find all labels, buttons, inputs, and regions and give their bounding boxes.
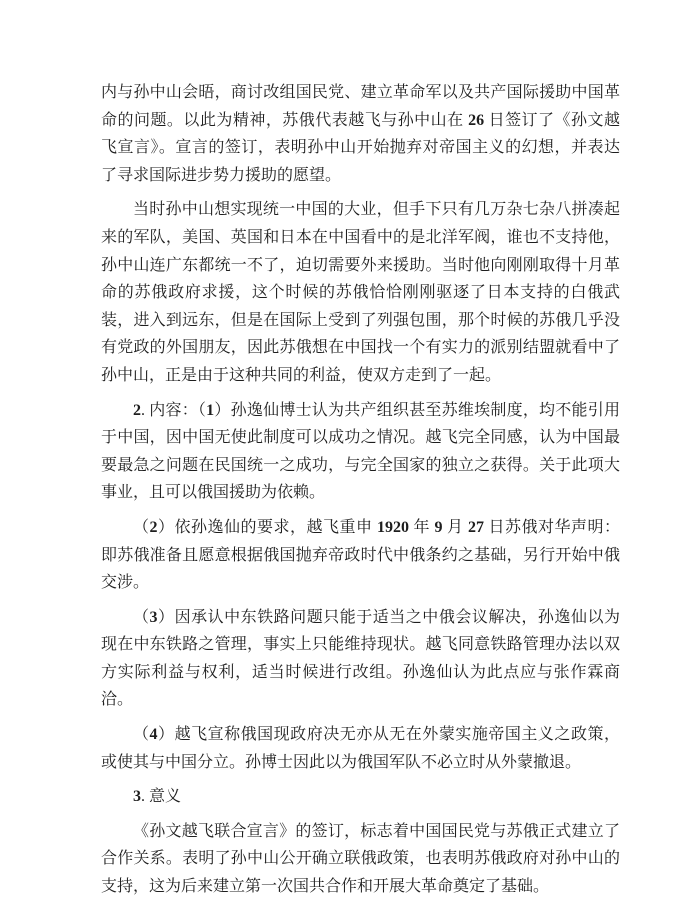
number-text: 1920	[377, 519, 409, 536]
number-text: 9	[434, 519, 442, 536]
number-text: 3	[150, 609, 158, 626]
number-text: 1	[206, 402, 214, 419]
paragraph: （3）因承认中东铁路问题只能于适当之中俄会议解决，孙逸仙以为现在中东铁路之管理，…	[101, 604, 620, 714]
document-page: 内与孙中山会晤，商讨改组国民党、建立革命军以及共产国际援助中国革命的问题。以此为…	[0, 0, 700, 905]
paragraph: 当时孙中山想实现统一中国的大业，但手下只有几万杂七杂八拼凑起来的军队，美国、英国…	[101, 196, 620, 389]
number-text: 26	[468, 112, 484, 129]
paragraph: 2. 内容：（1）孙逸仙博士认为共产组织甚至苏维埃制度，均不能引用于中国，因中国…	[101, 397, 620, 507]
number-text: 3	[133, 788, 141, 805]
number-text: 2	[133, 402, 141, 419]
document-body: 内与孙中山会晤，商讨改组国民党、建立革命军以及共产国际援助中国革命的问题。以此为…	[101, 79, 620, 905]
paragraph: 3. 意义	[101, 783, 620, 811]
number-text: 27	[468, 519, 484, 536]
paragraph: 《孙文越飞联合宣言》的签订，标志着中国国民党与苏俄正式建立了合作关系。表明了孙中…	[101, 818, 620, 901]
number-text: 2	[150, 519, 158, 536]
paragraph: （2）依孙逸仙的要求，越飞重申 1920 年 9 月 27 日苏俄对华声明：即苏…	[101, 514, 620, 597]
paragraph: （4）越飞宣称俄国现政府决无亦从无在外蒙实施帝国主义之政策，或使其与中国分立。孙…	[101, 721, 620, 776]
number-text: 4	[150, 726, 158, 743]
paragraph: 内与孙中山会晤，商讨改组国民党、建立革命军以及共产国际援助中国革命的问题。以此为…	[101, 79, 620, 189]
